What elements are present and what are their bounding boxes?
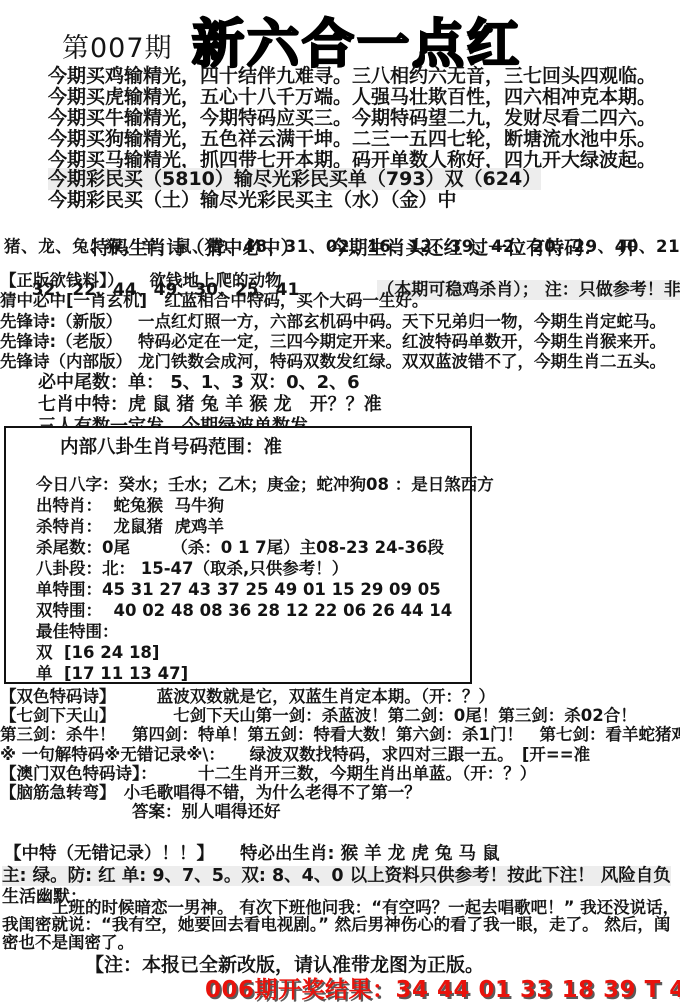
tip-label: 先锋诗（内部版） [0, 352, 138, 372]
bagua-line: 单特围：45 31 27 43 37 25 49 01 15 29 09 05 [36, 579, 470, 600]
bagua-line: 单 [17 11 13 47] [36, 663, 470, 684]
tip-label: 猜中必中[一肖玄机] [0, 291, 147, 311]
caimin-block: 今期彩民买（5810）输尽光彩民买单（793）双（624） 今期彩民买（土）输尽… [0, 169, 680, 211]
bagua-line: 八卦段：北： 15-47（取杀,只供参考！） [36, 558, 470, 579]
bagua-box-title: 内部八卦生肖号码范围：准 [6, 433, 470, 459]
zodiac-numbers-line1: 猪、龙、兔、猴、羊、鼠、蛇、48、31、02、16、12、39、42、20、29… [0, 233, 680, 257]
poem-line: 今期买虎输精光，五心十八千万端。人强马壮欺百性，四六相冲克本期。 [48, 87, 680, 108]
caimin-line-text: 今期彩民买（5810）输尽光彩民买单（793）双（624） [48, 168, 541, 190]
tip-text: 欲钱地上爬的动物 [138, 271, 282, 291]
opening-poem: 今期买鸡输精光，四十结伴九难寻。三八相约六无音，三七回头四观临。 今期买虎输精光… [0, 66, 680, 171]
section-row: 答案：别人唱得还好 [0, 802, 680, 821]
bagua-line: 杀特肖： 龙鼠猪 虎鸡羊 [36, 516, 470, 537]
tip-text: 红蓝相合中特码，买个大码一生好。 [147, 291, 428, 311]
special-code-sections: 【双色特码诗】 蓝波双数就是它，双蓝生肖定本期。（开：？） 【七剑下天山】 七剑… [0, 687, 680, 821]
tips-block: 【正版欲钱料】） 欲钱地上爬的动物 猜中必中[一肖玄机] 红蓝相合中特码，买个大… [0, 271, 680, 372]
tip-label: 先锋诗:（老版） [0, 332, 138, 352]
poem-line: 今期买鸡输精光，四十结伴九难寻。三八相约六无音，三七回头四观临。 [48, 66, 680, 87]
caimin-line: 今期彩民买（土）输尽光彩民买主（水）（金）中 [48, 190, 680, 211]
tip-text: 特码必定在一定，三四今期定开来。红波特码单数开，今期生肖猴来开。 [138, 332, 666, 352]
section-row: ※ 一句解特码※无错记录※\： 绿波双数找特码，求四对三跟一五。 [开==准 [0, 745, 680, 764]
tip-row: 猜中必中[一肖玄机] 红蓝相合中特码，买个大码一生好。 [0, 291, 680, 311]
section-row: 【脑筋急转弯】 小毛歌唱得不错，为什么老得不了第一？ [0, 783, 680, 802]
tip-text: 一点红灯照一方，六部玄机码中码。天下兄弟归一物，今期生肖定蛇马。 [138, 312, 666, 332]
section-row: 【澳门双色特码诗】： 十二生肖开三数，今期生肖出单蓝。（开：？） [0, 764, 680, 783]
bagua-line: 双 [16 24 18] [36, 642, 470, 663]
must-hit-line: 必中尾数：单： 5、1、3 双：0、2、6 [38, 372, 680, 394]
section-row: 第三剑：杀牛！ 第四剑：特单！第五剑：特看大数！第六剑：杀1门！ 第七剑：看羊蛇… [0, 725, 680, 744]
tip-row: 先锋诗:（新版）一点红灯照一方，六部玄机码中码。天下兄弟归一物，今期生肖定蛇马。 [0, 312, 680, 332]
tip-label: 先锋诗:（新版） [0, 312, 138, 332]
tip-row: 先锋诗:（老版）特码必定在一定，三四今期定开来。红波特码单数开，今期生肖猴来开。 [0, 332, 680, 352]
bagua-line: 双特围： 40 02 48 08 36 28 12 22 06 26 44 14 [36, 600, 470, 621]
bagua-box-lines: 今日八字：癸水；壬水；乙木；庚金；蛇冲狗08 ：是日煞西方 出特肖： 蛇兔猴 马… [6, 474, 470, 684]
section-row: 【双色特码诗】 蓝波双数就是它，双蓝生肖定本期。（开：？） [0, 687, 680, 706]
must-hit-line: 七肖中特：虎 鼠 猪 兔 羊 猴 龙 开？？准 [38, 394, 680, 416]
section-row: 【七剑下天山】 七剑下天山第一剑：杀蓝波！第二剑：0尾！第三剑：杀02合！ [0, 706, 680, 725]
lottery-tip-sheet: 第007期 新六合一点红 今期买鸡输精光，四十结伴九难寻。三八相约六无音，三七回… [0, 0, 680, 1008]
tip-text: 龙门铁数会成河，特码双数发红绿。双双蓝波错不了，今期生肖二五头。 [138, 352, 666, 372]
tip-label: 【正版欲钱料】） [0, 271, 138, 291]
bagua-line: 杀尾数：0尾 （杀：0 1 7尾）主08-23 24-36段 [36, 537, 470, 558]
poem-line: 今期买牛输精光，今期特码应买三。今期特码望二九，发财尽看二四六。 [48, 108, 680, 129]
bagua-box: 内部八卦生肖号码范围：准 今日八字：癸水；壬水；乙木；庚金；蛇冲狗08 ：是日煞… [4, 426, 472, 684]
bagua-line: 最佳特围： [36, 621, 470, 642]
tip-row: 先锋诗（内部版）龙门铁数会成河，特码双数发红绿。双双蓝波错不了，今期生肖二五头。 [0, 352, 680, 372]
issue-number: 第007期 [62, 26, 173, 65]
bagua-line: 出特肖： 蛇兔猴 马牛狗 [36, 495, 470, 516]
poem-line: 今期买狗输精光，五色祥云满干坤。二三一五四七轮，断塘流水池中乐。 [48, 129, 680, 150]
bagua-line: 今日八字：癸水；壬水；乙木；庚金；蛇冲狗08 ：是日煞西方 [36, 474, 470, 495]
caimin-line: 今期彩民买（5810）输尽光彩民买单（793）双（624） [48, 169, 680, 190]
tip-row: 【正版欲钱料】） 欲钱地上爬的动物 [0, 271, 680, 291]
previous-draw-result: 006期开奖结果：34 44 01 33 18 39 T 41 [205, 971, 680, 1004]
humor-paragraph: 上班的时候暗恋一男神。 有次下班他问我：“有空吗？一起去唱歌吧！” 我还没说话，… [0, 899, 680, 951]
